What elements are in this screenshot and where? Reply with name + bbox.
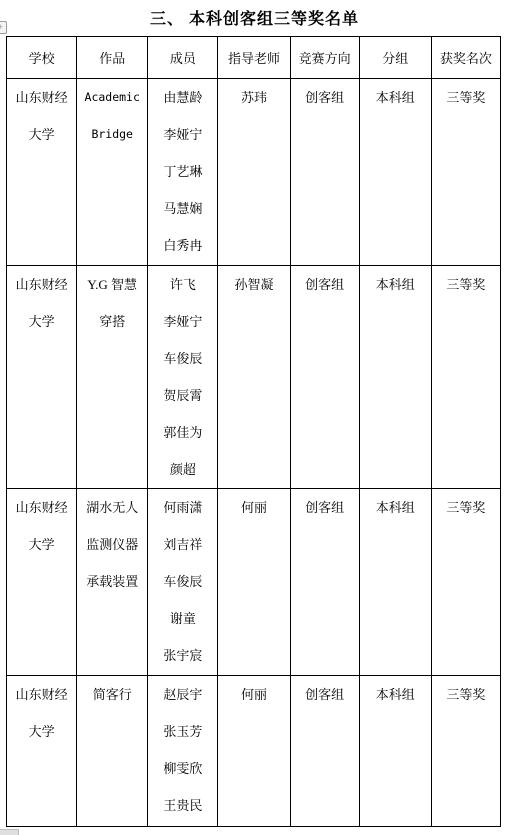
cell-group: 本科组: [359, 266, 431, 489]
cell-direction: 创客组: [290, 676, 359, 827]
table-row: 山东财经 大学湖水无人 监测仪器 承载装置何雨潇 刘吉祥 车俊辰 谢童 张宇宸何…: [7, 489, 501, 676]
cell-school: 山东财经 大学: [7, 489, 77, 676]
cell-teacher: 苏玮: [218, 79, 290, 266]
cell-work: 湖水无人 监测仪器 承载装置: [77, 489, 148, 676]
column-header-group: 分组: [359, 37, 431, 79]
cell-work: 简客行: [77, 676, 148, 827]
cell-members: 许飞 李娅宁 车俊辰 贺辰霄 郭佳为 颜超: [148, 266, 218, 489]
column-header-members: 成员: [148, 37, 218, 79]
column-header-teacher: 指导老师: [218, 37, 290, 79]
cell-group: 本科组: [359, 676, 431, 827]
cell-teacher: 何丽: [218, 489, 290, 676]
cell-group: 本科组: [359, 79, 431, 266]
cell-award: 三等奖: [431, 79, 500, 266]
table-row: 山东财经 大学Academic Bridge由慧龄 李娅宁 丁艺琳 马慧娴 白秀…: [7, 79, 501, 266]
column-header-award: 获奖名次: [431, 37, 500, 79]
column-header-work: 作品: [77, 37, 148, 79]
table-row: 山东财经 大学Y.G 智慧 穿搭许飞 李娅宁 车俊辰 贺辰霄 郭佳为 颜超孙智凝…: [7, 266, 501, 489]
cell-direction: 创客组: [290, 266, 359, 489]
horizontal-scrollbar-fragment[interactable]: [0, 829, 19, 835]
cell-direction: 创客组: [290, 489, 359, 676]
cell-members: 何雨潇 刘吉祥 车俊辰 谢童 张宇宸: [148, 489, 218, 676]
cell-work: Academic Bridge: [77, 79, 148, 266]
header-row: 学校作品成员指导老师竞赛方向分组获奖名次: [7, 37, 501, 79]
cell-work: Y.G 智慧 穿搭: [77, 266, 148, 489]
cell-award: 三等奖: [431, 266, 500, 489]
cell-members: 赵辰宇 张玉芳 柳雯欣 王贵民: [148, 676, 218, 827]
cell-award: 三等奖: [431, 676, 500, 827]
column-header-school: 学校: [7, 37, 77, 79]
cell-school: 山东财经 大学: [7, 79, 77, 266]
table-body: 山东财经 大学Academic Bridge由慧龄 李娅宁 丁艺琳 马慧娴 白秀…: [7, 79, 501, 827]
cell-teacher: 孙智凝: [218, 266, 290, 489]
document-page: + 三、 本科创客组三等奖名单 学校作品成员指导老师竞赛方向分组获奖名次 山东财…: [0, 0, 509, 835]
cell-group: 本科组: [359, 489, 431, 676]
cell-school: 山东财经 大学: [7, 676, 77, 827]
column-header-direction: 竞赛方向: [290, 37, 359, 79]
page-title: 三、 本科创客组三等奖名单: [0, 6, 509, 29]
award-table: 学校作品成员指导老师竞赛方向分组获奖名次 山东财经 大学Academic Bri…: [6, 36, 501, 827]
cell-members: 由慧龄 李娅宁 丁艺琳 马慧娴 白秀冉: [148, 79, 218, 266]
table-row: 山东财经 大学简客行赵辰宇 张玉芳 柳雯欣 王贵民何丽创客组本科组三等奖: [7, 676, 501, 827]
cell-school: 山东财经 大学: [7, 266, 77, 489]
cell-teacher: 何丽: [218, 676, 290, 827]
cell-award: 三等奖: [431, 489, 500, 676]
cell-direction: 创客组: [290, 79, 359, 266]
